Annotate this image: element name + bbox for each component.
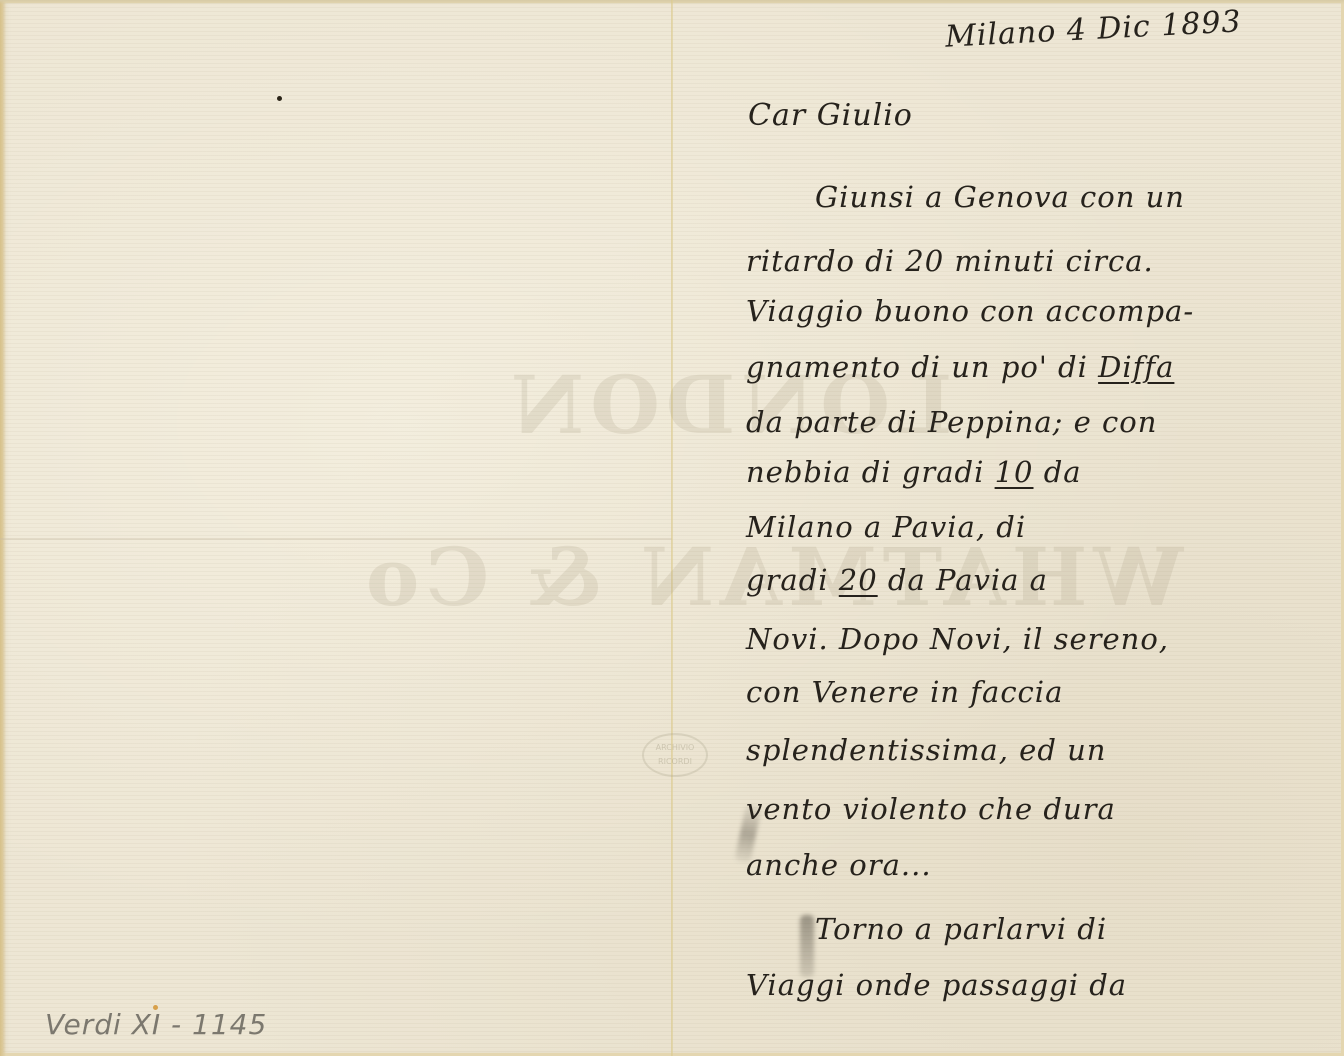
- ink-speck: [277, 96, 282, 101]
- letter-line-11: splendentissima, ed un: [746, 733, 1106, 767]
- letter-line-3: Viaggio buono con accompa-: [746, 294, 1194, 328]
- letter-salutation: Car Giulio: [748, 98, 913, 133]
- letter-line-14: Torno a parlarvi di: [815, 912, 1107, 946]
- letter-line-4: gnamento di un po' di Diffa: [746, 350, 1174, 384]
- letter-line-12: vento violento che dura: [746, 792, 1116, 826]
- letter-line-1: Giunsi a Genova con un: [815, 180, 1185, 214]
- underlined-word: Diffa: [1098, 350, 1174, 384]
- letter-dateline: Milano 4 Dic 1893: [944, 4, 1242, 54]
- paper-left-edge: [0, 0, 6, 1056]
- letter-line-8-tail: da Pavia a: [888, 563, 1048, 597]
- letter-line-10: con Venere in faccia: [746, 675, 1063, 709]
- letter-line-7: Milano a Pavia, di: [746, 510, 1026, 544]
- archive-pencil-annotation: Verdi XI - 1145: [45, 1008, 267, 1041]
- letter-line-5: da parte di Peppina; e con: [746, 405, 1157, 439]
- letter-sheet: LONDON WHATMAN & Co ARCHIVIO RICORDI Mil…: [0, 0, 1344, 1056]
- archive-stamp-text: ARCHIVIO RICORDI: [656, 743, 695, 766]
- letter-line-8-text: gradi: [746, 563, 829, 597]
- letter-line-9: Novi. Dopo Novi, il sereno,: [746, 622, 1169, 656]
- letter-line-8: gradi 20 da Pavia a: [746, 563, 1048, 597]
- letter-line-4-text: gnamento di un po' di: [746, 350, 1088, 384]
- letter-line-6: nebbia di gradi 10 da: [746, 455, 1082, 489]
- letter-line-6-text: nebbia di gradi: [746, 455, 984, 489]
- underlined-number: 20: [839, 563, 878, 597]
- underlined-number: 10: [995, 455, 1034, 489]
- letter-line-13: anche ora...: [746, 848, 932, 882]
- letter-line-15: Viaggi onde passaggi da: [746, 968, 1127, 1002]
- letter-line-2: ritardo di 20 minuti circa.: [746, 244, 1154, 278]
- archive-stamp: ARCHIVIO RICORDI: [642, 733, 708, 777]
- letter-line-6-tail: da: [1044, 455, 1082, 489]
- center-fold-line: [671, 0, 673, 1056]
